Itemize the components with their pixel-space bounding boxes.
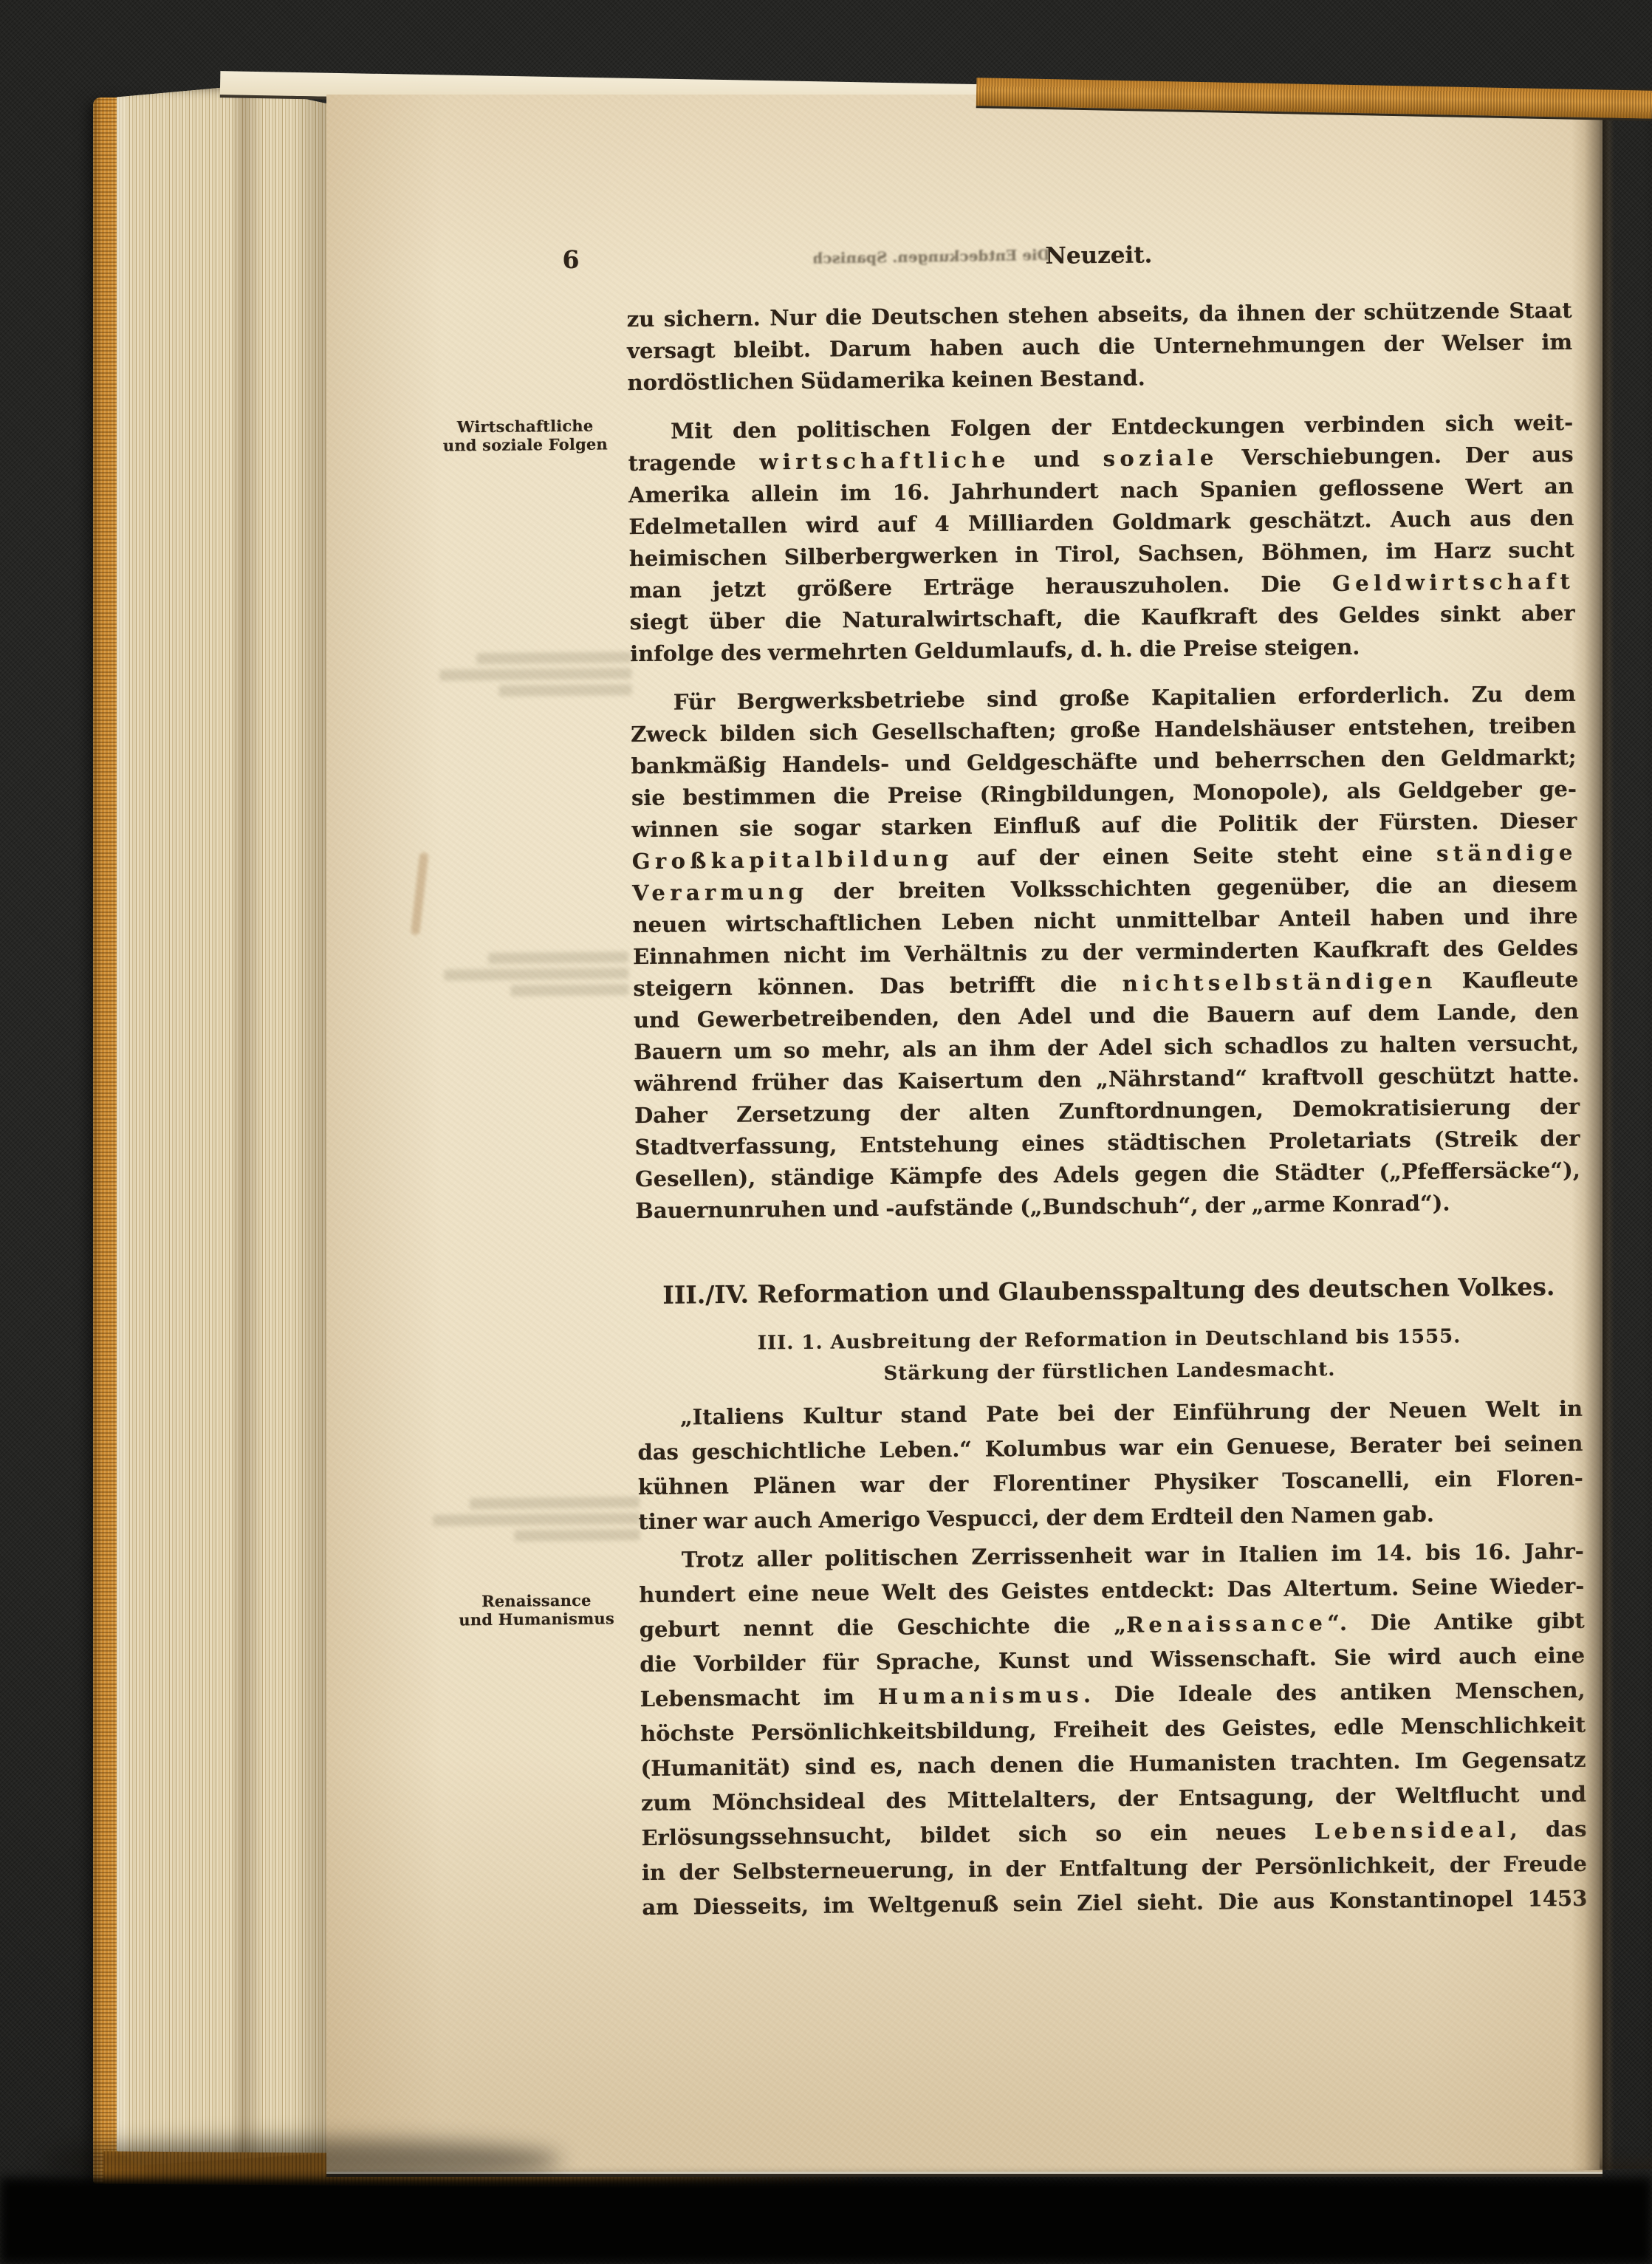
book-page: 6 Neuzeit. Die Entdeckungen. Spanische u… [326, 95, 1603, 2172]
section-heading: III./IV. Reformation und Glaubensspaltun… [636, 1272, 1581, 1310]
page-number: 6 [545, 245, 597, 275]
show-through-smudge [410, 646, 632, 702]
paper-fiber-mark [411, 852, 429, 936]
margin-note-wirtschaftliche-folgen: Wirtschaftliche und soziale Folgen [425, 416, 625, 455]
paragraph-welser-kolonien: zu sichern. Nur die Deutschen stehen abs… [627, 295, 1573, 399]
paragraph-grosskapital: Für Bergwerksbetriebe sind große Kapital… [631, 678, 1581, 1227]
paragraph-renaissance-humanismus: Trotz aller politischen Zerrissenheit wa… [639, 1534, 1588, 1925]
printed-text-layer: 6 Neuzeit. Die Entdeckungen. Spanische u… [318, 89, 1614, 2178]
subsection-heading-line1: III. 1. Ausbreitung der Reformation in D… [637, 1324, 1582, 1355]
book-shadow [0, 2178, 1652, 2264]
show-through-smudge [400, 946, 629, 1002]
margin-note-line: Renaissance [436, 1590, 636, 1611]
facing-page-edge [1600, 89, 1652, 2169]
paragraph-italiens-kultur: „Italiens Kultur stand Pate bei der Einf… [637, 1392, 1584, 1539]
margin-note-renaissance-humanismus: Renaissance und Humanismus [436, 1590, 636, 1629]
show-through-running-header: Die Entdeckungen. Spanische und portugie… [814, 246, 1050, 267]
paragraph-wirtschaftliche-folgen: Mit den politischen Folgen der Entdeckun… [628, 407, 1575, 670]
margin-note-line: und Humanismus [437, 1609, 637, 1629]
page-fore-edge-stack [117, 86, 335, 2167]
running-header: Neuzeit. [626, 238, 1572, 273]
margin-note-line: Wirtschaftliche [425, 416, 625, 437]
show-through-smudge [396, 1491, 640, 1547]
book-shadow [44, 2138, 561, 2183]
subsection-heading-line2: Stärkung der fürstlichen Landesmacht. [637, 1356, 1582, 1387]
margin-note-line: und soziale Folgen [425, 434, 625, 455]
